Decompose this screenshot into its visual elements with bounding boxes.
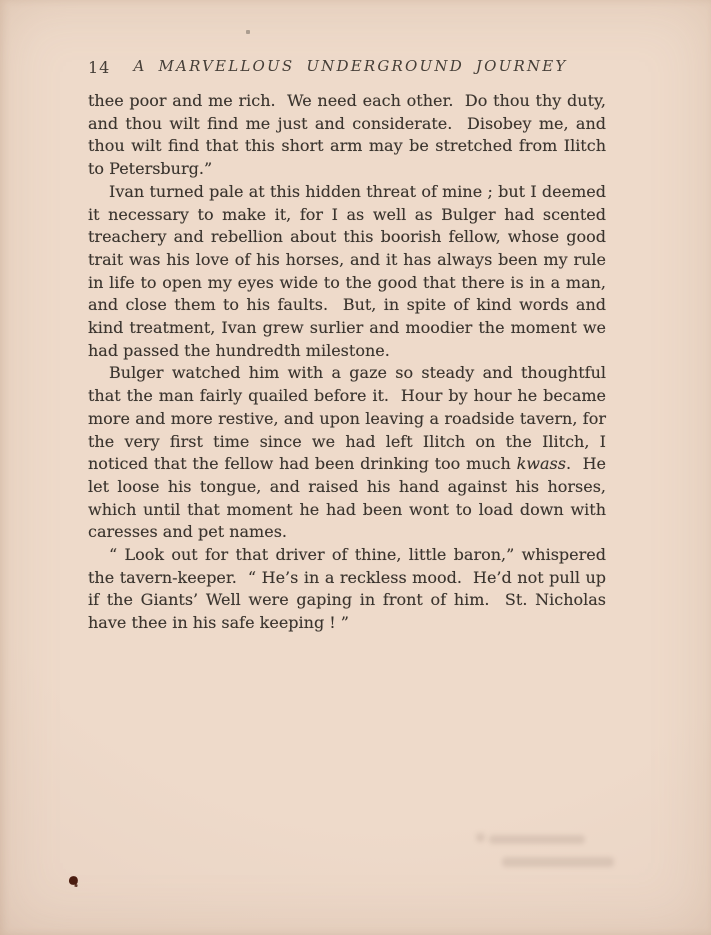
show-through-mark	[476, 833, 485, 842]
text-run: “ Look out for that driver of thine, lit…	[88, 545, 606, 632]
paragraph: Ivan turned pale at this hidden threat o…	[88, 181, 606, 363]
show-through-mark	[502, 857, 614, 867]
body-text: thee poor and me rich. We need each othe…	[88, 90, 606, 635]
italic-run: kwass	[517, 454, 566, 473]
paragraph: “ Look out for that driver of thine, lit…	[88, 544, 606, 635]
page-header: 14 A MARVELLOUS UNDERGROUND JOURNEY	[88, 57, 613, 79]
paper-fleck	[246, 30, 250, 34]
text-run: thee poor and me rich. We need each othe…	[88, 91, 606, 178]
paragraph: thee poor and me rich. We need each othe…	[88, 90, 606, 181]
running-title: A MARVELLOUS UNDERGROUND JOURNEY	[133, 57, 567, 75]
text-run: Ivan turned pale at this hidden threat o…	[88, 182, 606, 360]
book-page: 14 A MARVELLOUS UNDERGROUND JOURNEY thee…	[0, 0, 711, 935]
page-number: 14	[88, 58, 110, 77]
paragraph: Bulger watched him with a gaze so steady…	[88, 362, 606, 544]
ink-speck	[68, 875, 79, 886]
show-through-mark	[489, 835, 585, 844]
